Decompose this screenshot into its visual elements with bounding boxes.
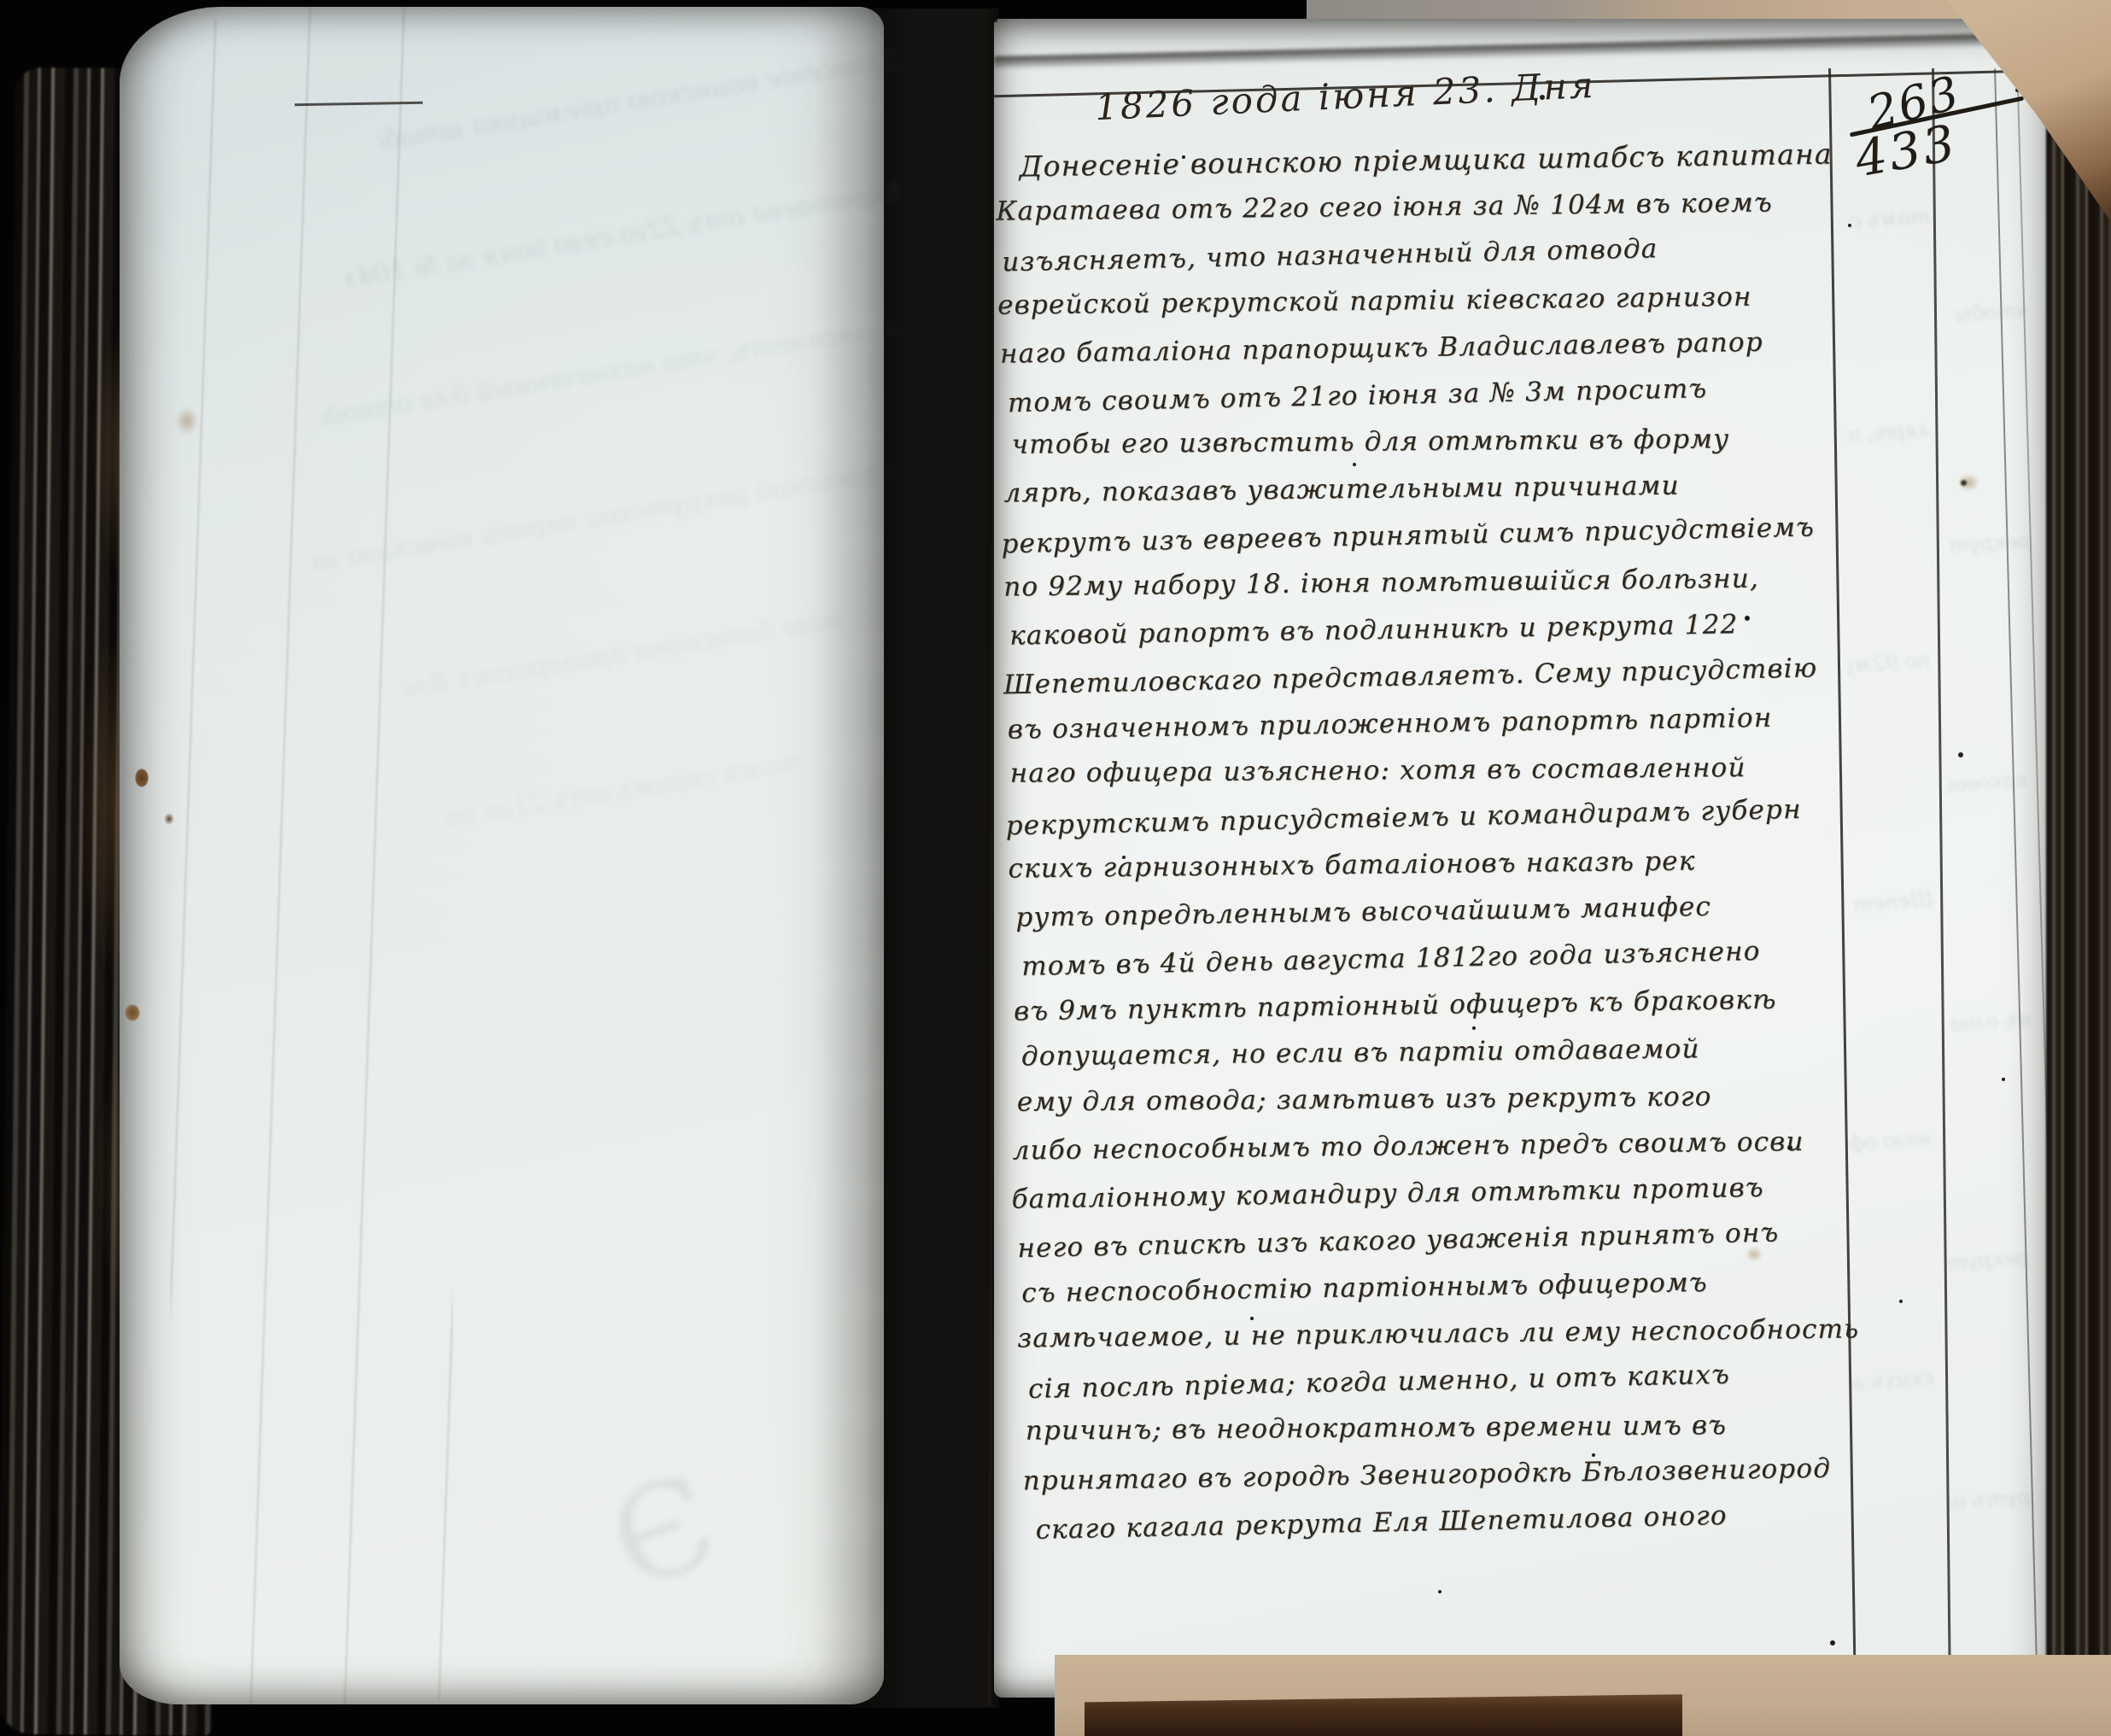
manuscript-line: ему для отвода; замѣтивъ изъ рекрутъ ког… bbox=[1017, 1073, 1851, 1126]
margin-bleedthrough: скихъ гарнизонныхъ баталіоновъ наказѣ ре… bbox=[1851, 1365, 1934, 1395]
margin-bleedthrough: томъ своимъ отъ 21го іюня за № 3м просит… bbox=[1847, 204, 1931, 234]
fox-spot bbox=[176, 406, 198, 435]
margin-bleedthrough: рекрутскимъ присудствіемъ и командирамъ … bbox=[1946, 1246, 2030, 1276]
margin-bleedthrough: Шепетиловскаго представляетъ. Сему прису… bbox=[1851, 887, 1934, 917]
manuscript-line: допущается, но если въ партіи отдаваемой bbox=[1021, 1024, 1851, 1080]
gutter-shadow bbox=[816, 9, 999, 1708]
bleedthrough-line: томъ своимъ отъ 21го іюня за № 3м просит… bbox=[444, 747, 803, 833]
fox-spot bbox=[164, 813, 174, 825]
manuscript-book-photo: Донесеніе воинскою пріемщика штабсъ капи… bbox=[0, 0, 2111, 1736]
margin-bleedthrough: рекрутъ изъ евреевъ принятый симъ присуд… bbox=[1948, 529, 2032, 558]
margin-bleedthrough: каковой рапортъ въ подлинникѣ и рекрута … bbox=[1944, 768, 2028, 798]
margin-bleedthrough: наго офицера изъяснено: хотя въ составле… bbox=[1849, 1126, 1933, 1156]
fox-spot bbox=[1746, 1247, 1763, 1262]
fox-spot bbox=[125, 1004, 140, 1021]
margin-bleedthrough: чтобы его извѣстить для отмѣтки въ форму bbox=[1946, 298, 2030, 328]
date-heading: 1826 года іюня 23. Дня bbox=[1094, 64, 1596, 129]
left-blank-page: Донесеніе воинскою пріемщика штабсъ капи… bbox=[120, 7, 884, 1704]
book-fore-edge bbox=[2046, 82, 2111, 1713]
right-manuscript-page: 263 433 1826 года іюня 23. Дня Донесеніе… bbox=[994, 19, 2060, 1698]
manuscript-line: чтобы его извѣстить для отмѣтки въ форму bbox=[1011, 415, 1840, 469]
margin-bleedthrough: по 92му набору 18. іюня помѣтившійся бол… bbox=[1847, 648, 1931, 678]
paper-specks bbox=[994, 19, 997, 22]
margin-bleedthrough: лярѣ, показавъ уважительными причинами bbox=[1849, 418, 1933, 447]
wax-spot bbox=[1957, 473, 1979, 492]
manuscript-text-block: Донесеніе воинскою пріемщика штабсъ капи… bbox=[995, 130, 1858, 1552]
page-top-rim bbox=[994, 32, 2060, 70]
fox-spot bbox=[135, 769, 149, 787]
bleedthrough-line: наго баталіона прапорщикъ Владиславлевъ … bbox=[401, 605, 845, 704]
margin-bleedthrough: рутъ опредѣленнымъ высочайшимъ манифес bbox=[1948, 1485, 2032, 1515]
bleedthrough-flourish: Є bbox=[593, 1447, 735, 1620]
